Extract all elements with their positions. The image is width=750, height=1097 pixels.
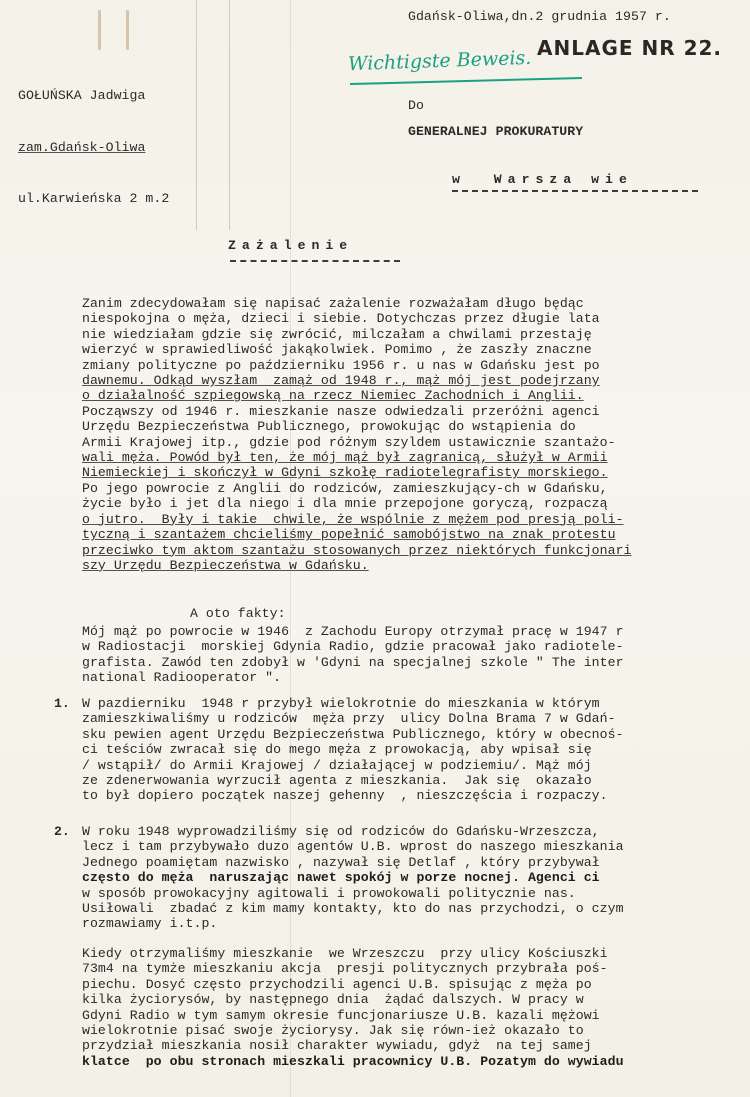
text-line: grafista. Zawód ten zdobył w 'Gdyni na s… bbox=[82, 655, 624, 670]
text-line: szy Urzędu Bezpieczeństwa w Gdańsku. bbox=[82, 558, 632, 573]
text-line: 73m4 na tymże mieszkaniu akcja presji po… bbox=[82, 961, 624, 976]
text-line: Armii Krajowej itp., gdzie pod różnym sz… bbox=[82, 435, 632, 450]
sender-block: GOŁUŃSKA Jadwiga zam.Gdańsk-Oliwa ul.Kar… bbox=[18, 57, 169, 243]
text-line: Usiłowali zbadać z kim mamy kontakty, kt… bbox=[82, 901, 624, 916]
text-line: to był dopiero początek naszej gehenny ,… bbox=[82, 788, 624, 803]
fact-item-2: W roku 1948 wyprowadziliśmy się od rodzi… bbox=[82, 824, 624, 932]
facts-intro: Mój mąż po powrocie w 1946 z Zachodu Eur… bbox=[82, 624, 624, 686]
text-line: Po jego powrocie z Anglii do rodziców, z… bbox=[82, 481, 632, 496]
text-line: dawnemu. Odkąd wyszłam zamąż od 1948 r.,… bbox=[82, 373, 632, 388]
facts-heading: A oto fakty: bbox=[190, 606, 286, 621]
text-line: w Radiostacji morskiej Gdynia Radio, gdz… bbox=[82, 639, 624, 654]
text-line: piechu. Dosyć często przychodzili agenci… bbox=[82, 977, 624, 992]
text-line: lecz i tam przybywało duzo agentów U.B. … bbox=[82, 839, 624, 854]
recipient: GENERALNEJ PROKURATURY bbox=[408, 124, 583, 139]
paper-stain bbox=[98, 10, 101, 50]
item-number: 1. bbox=[54, 696, 70, 711]
text-line: Mój mąż po powrocie w 1946 z Zachodu Eur… bbox=[82, 624, 624, 639]
text-line: national Radiooperator ". bbox=[82, 670, 624, 685]
recipient-prefix: Do bbox=[408, 98, 424, 113]
text-line: przydział mieszkania nosił charakter wyw… bbox=[82, 1038, 624, 1053]
text-line: klatce po obu stronach mieszkali pracown… bbox=[82, 1054, 624, 1069]
text-line: Gdyni Radio w tym samym okresie funcjona… bbox=[82, 1008, 624, 1023]
text-line: wierzyć w sprawiedliwość jakąkolwiek. Po… bbox=[82, 342, 632, 357]
text-line: o jutro. Były i takie chwile, że wspólni… bbox=[82, 512, 632, 527]
document-page: GOŁUŃSKA Jadwiga zam.Gdańsk-Oliwa ul.Kar… bbox=[0, 0, 750, 1097]
text-line: zmiany polityczne po październiku 1956 r… bbox=[82, 358, 632, 373]
sender-street: ul.Karwieńska 2 m.2 bbox=[18, 191, 169, 212]
paper-fold-line bbox=[196, 0, 197, 230]
text-line: tyczną i szantażem chcieliśmy popełnić s… bbox=[82, 527, 632, 542]
fact-item-1: W pazdierniku 1948 r przybył wielokrotni… bbox=[82, 696, 624, 804]
text-line: wielokrotnie pisać swoje życiorysy. Jak … bbox=[82, 1023, 624, 1038]
text-line: kilka życiorysów, by następnego dnia żąd… bbox=[82, 992, 624, 1007]
text-line: Począwszy od 1946 r. mieszkanie nasze od… bbox=[82, 404, 632, 419]
handwritten-underline bbox=[350, 77, 582, 85]
text-line: ze zdenerwowania wyrzucił agenta z miesz… bbox=[82, 773, 624, 788]
text-line: w sposób prowokacyjny agitowali i prowok… bbox=[82, 886, 624, 901]
item-number: 2. bbox=[54, 824, 70, 839]
title-underline bbox=[230, 260, 400, 262]
text-line: Kiedy otrzymaliśmy mieszkanie we Wrzeszc… bbox=[82, 946, 624, 961]
handwritten-note: Wichtigste Beweis. bbox=[348, 47, 532, 75]
text-line: niespokojna o męża, dzieci i siebie. Dot… bbox=[82, 311, 632, 326]
sender-name: GOŁUŃSKA Jadwiga bbox=[18, 88, 169, 109]
sender-city: zam.Gdańsk-Oliwa bbox=[18, 140, 169, 161]
text-line: zamieszkiwaliśmy u rodziców męża przy ul… bbox=[82, 711, 624, 726]
text-line: Zanim zdecydowałam się napisać zażalenie… bbox=[82, 296, 632, 311]
recipient-city: w Warsza wie bbox=[452, 172, 633, 187]
paragraph-last: Kiedy otrzymaliśmy mieszkanie we Wrzeszc… bbox=[82, 946, 624, 1069]
text-line: wali męża. Powód był ten, że mój mąż był… bbox=[82, 450, 632, 465]
text-line: rozmawiamy i.t.p. bbox=[82, 916, 624, 931]
text-line: często do męża naruszając nawet spokój w… bbox=[82, 870, 624, 885]
paragraph-intro: Zanim zdecydowałam się napisać zażalenie… bbox=[82, 296, 632, 573]
paper-stain bbox=[126, 10, 129, 50]
text-line: Jednego poamiętam nazwisko , nazywał się… bbox=[82, 855, 624, 870]
text-line: W pazdierniku 1948 r przybył wielokrotni… bbox=[82, 696, 624, 711]
city-underline bbox=[452, 190, 698, 192]
paper-fold-line bbox=[229, 0, 230, 230]
text-line: Urzędu Bezpieczeństwa Publicznego, prowo… bbox=[82, 419, 632, 434]
annex-stamp: ANLAGE NR 22. bbox=[537, 36, 722, 60]
text-line: / wstąpił/ do Armii Krajowej / działając… bbox=[82, 758, 624, 773]
text-line: ci teściów zwracał się do mego męża z pr… bbox=[82, 742, 624, 757]
date-line: Gdańsk-Oliwa,dn.2 grudnia 1957 r. bbox=[408, 9, 671, 24]
text-line: o działalność szpiegowską na rzecz Niemi… bbox=[82, 388, 632, 403]
text-line: życie było i jet dla niego i dla mnie pr… bbox=[82, 496, 632, 511]
document-title: Zażalenie bbox=[228, 238, 353, 253]
text-line: W roku 1948 wyprowadziliśmy się od rodzi… bbox=[82, 824, 624, 839]
text-line: przeciwko tym aktom szantażu stosowanych… bbox=[82, 543, 632, 558]
text-line: sku pewien agent Urzędu Bezpieczeństwa P… bbox=[82, 727, 624, 742]
text-line: nie wiedziałam gdzie się zwrócić, milcza… bbox=[82, 327, 632, 342]
text-line: Niemieckiej i skończył w Gdyni szkołę ra… bbox=[82, 465, 632, 480]
